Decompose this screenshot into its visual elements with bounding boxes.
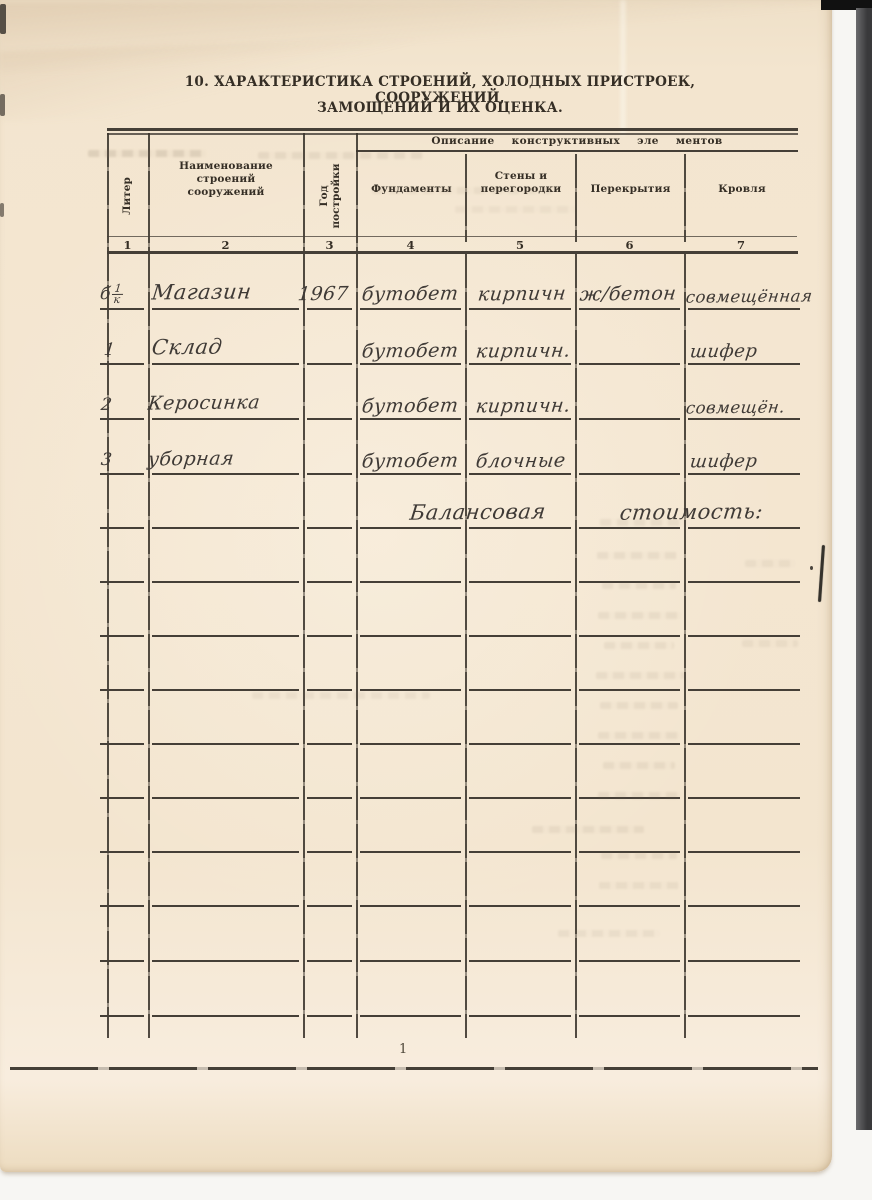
row-underline	[100, 743, 800, 745]
column-divider	[465, 154, 467, 242]
column-number-3: 3	[303, 238, 356, 252]
entry-liter: 2	[100, 395, 114, 415]
column-divider	[465, 254, 467, 1038]
column-number-1: 1	[107, 238, 148, 252]
table-top-border	[107, 128, 798, 131]
column-header-roof: Кровля	[686, 183, 798, 196]
staple-dot	[810, 566, 813, 570]
row-underline	[100, 1015, 800, 1017]
row-underline	[100, 363, 800, 365]
scan-edge-mark	[0, 94, 5, 116]
row-underline	[100, 689, 800, 691]
column-divider	[148, 254, 150, 1038]
bleedthrough-smudge	[602, 582, 676, 589]
entry-roof: совмещённая	[685, 286, 814, 306]
row-underline	[100, 527, 800, 529]
entry-name: Керосинка	[147, 391, 262, 414]
group-header-construction-elements: Описание конструктивных эле ментов	[356, 135, 798, 147]
bleedthrough-smudge	[252, 692, 430, 699]
column-divider	[684, 154, 686, 242]
column-divider	[303, 254, 305, 1038]
entry-walls: блочные	[475, 450, 567, 473]
bleedthrough-smudge	[600, 702, 678, 709]
bleedthrough-smudge	[745, 560, 795, 567]
bleedthrough-smudge	[372, 187, 552, 194]
column-number-6: 6	[575, 238, 684, 252]
scan-edge-mark	[0, 4, 6, 34]
entry-walls: кирпичн.	[475, 340, 572, 363]
row-underline	[100, 960, 800, 962]
row-underline	[100, 308, 800, 310]
bleedthrough-smudge	[598, 612, 682, 619]
scanned-document: 10. ХАРАКТЕРИСТИКА СТРОЕНИЙ, ХОЛОДНЫХ ПР…	[0, 0, 872, 1200]
bleedthrough-smudge	[601, 852, 677, 859]
row-underline	[100, 418, 800, 420]
entry-foundation: бутобет	[361, 394, 460, 417]
entry-roof: шифер	[689, 341, 759, 363]
section-title-line2: ЗАМОЩЕНИЙ И ИХ ОЦЕНКА.	[120, 100, 760, 116]
entry-walls: кирпичн.	[475, 395, 572, 418]
bleedthrough-smudge	[596, 672, 684, 679]
page-mark: 1	[399, 1042, 407, 1057]
scanner-edge-strip	[856, 8, 872, 1130]
paper-sheet: 10. ХАРАКТЕРИСТИКА СТРОЕНИЙ, ХОЛОДНЫХ ПР…	[0, 0, 832, 1172]
row-underline	[100, 473, 800, 475]
column-header-walls-line: Стены и	[467, 170, 575, 183]
row-underline	[100, 635, 800, 637]
numbers-row-topline	[107, 236, 797, 237]
column-header-name-line: сооружений	[150, 186, 302, 199]
header-bottom-border	[107, 251, 798, 254]
row-underline	[100, 905, 800, 907]
column-header-name-line: Наименование	[150, 160, 302, 173]
entry-year: 1967	[297, 283, 350, 306]
column-divider	[575, 154, 577, 242]
bleedthrough-smudge	[558, 930, 660, 937]
bleedthrough-smudge	[455, 206, 575, 213]
column-number-7: 7	[684, 238, 798, 252]
bleedthrough-smudge	[532, 826, 644, 833]
entry-name: уборная	[147, 448, 236, 471]
table-bottom-border	[10, 1067, 818, 1070]
column-header-name-line: строений	[150, 173, 302, 186]
note-balance-word1: Балансовая	[409, 499, 548, 524]
bleedthrough-smudge	[600, 519, 686, 526]
bleedthrough-smudge	[597, 552, 677, 559]
column-divider	[356, 254, 358, 1038]
entry-name: Склад	[151, 335, 224, 360]
entry-ceilings: ж/бетон	[579, 282, 678, 305]
entry-foundation: бутобет	[361, 339, 460, 362]
liter-fraction: 1к	[111, 284, 125, 305]
bleedthrough-smudge	[604, 642, 674, 649]
liter-sub: к	[113, 295, 121, 305]
staple	[818, 545, 825, 602]
column-divider	[684, 254, 686, 1038]
column-number-2: 2	[148, 238, 303, 252]
bleedthrough-smudge	[742, 640, 798, 647]
entry-foundation: бутобет	[361, 282, 460, 305]
scan-edge-mark	[0, 203, 4, 217]
row-underline	[100, 797, 800, 799]
paper-wrinkle	[0, 2, 832, 72]
bleedthrough-smudge	[603, 762, 675, 769]
column-divider	[575, 254, 577, 1038]
column-number-5: 5	[465, 238, 575, 252]
bleedthrough-smudge	[258, 152, 423, 159]
group-header-underline	[356, 150, 798, 152]
row-underline	[100, 851, 800, 853]
entry-roof: шифер	[689, 451, 759, 473]
column-header-liter: Литер	[121, 166, 133, 226]
bleedthrough-smudge	[599, 882, 679, 889]
entry-roof: совмещён.	[685, 397, 786, 417]
table-left-border	[107, 133, 109, 1038]
entry-walls: кирпичн	[477, 283, 568, 306]
bleedthrough-smudge	[598, 732, 680, 739]
entry-liter: б1к	[99, 284, 125, 305]
bleedthrough-smudge	[598, 792, 682, 799]
column-header-name: Наименование строений сооружений	[150, 160, 302, 199]
row-underline	[100, 581, 800, 583]
entry-liter: 3	[100, 450, 114, 470]
entry-name: Магазин	[151, 279, 253, 304]
column-number-4: 4	[356, 238, 465, 252]
column-header-year-line: постройки	[330, 161, 342, 231]
entry-foundation: бутобет	[361, 449, 460, 472]
entry-liter: 1	[103, 340, 117, 360]
column-header-year: Год постройки	[318, 161, 342, 231]
column-header-year-line: Год	[318, 161, 330, 231]
bleedthrough-smudge	[88, 150, 206, 157]
column-header-ceilings: Перекрытия	[577, 183, 684, 196]
